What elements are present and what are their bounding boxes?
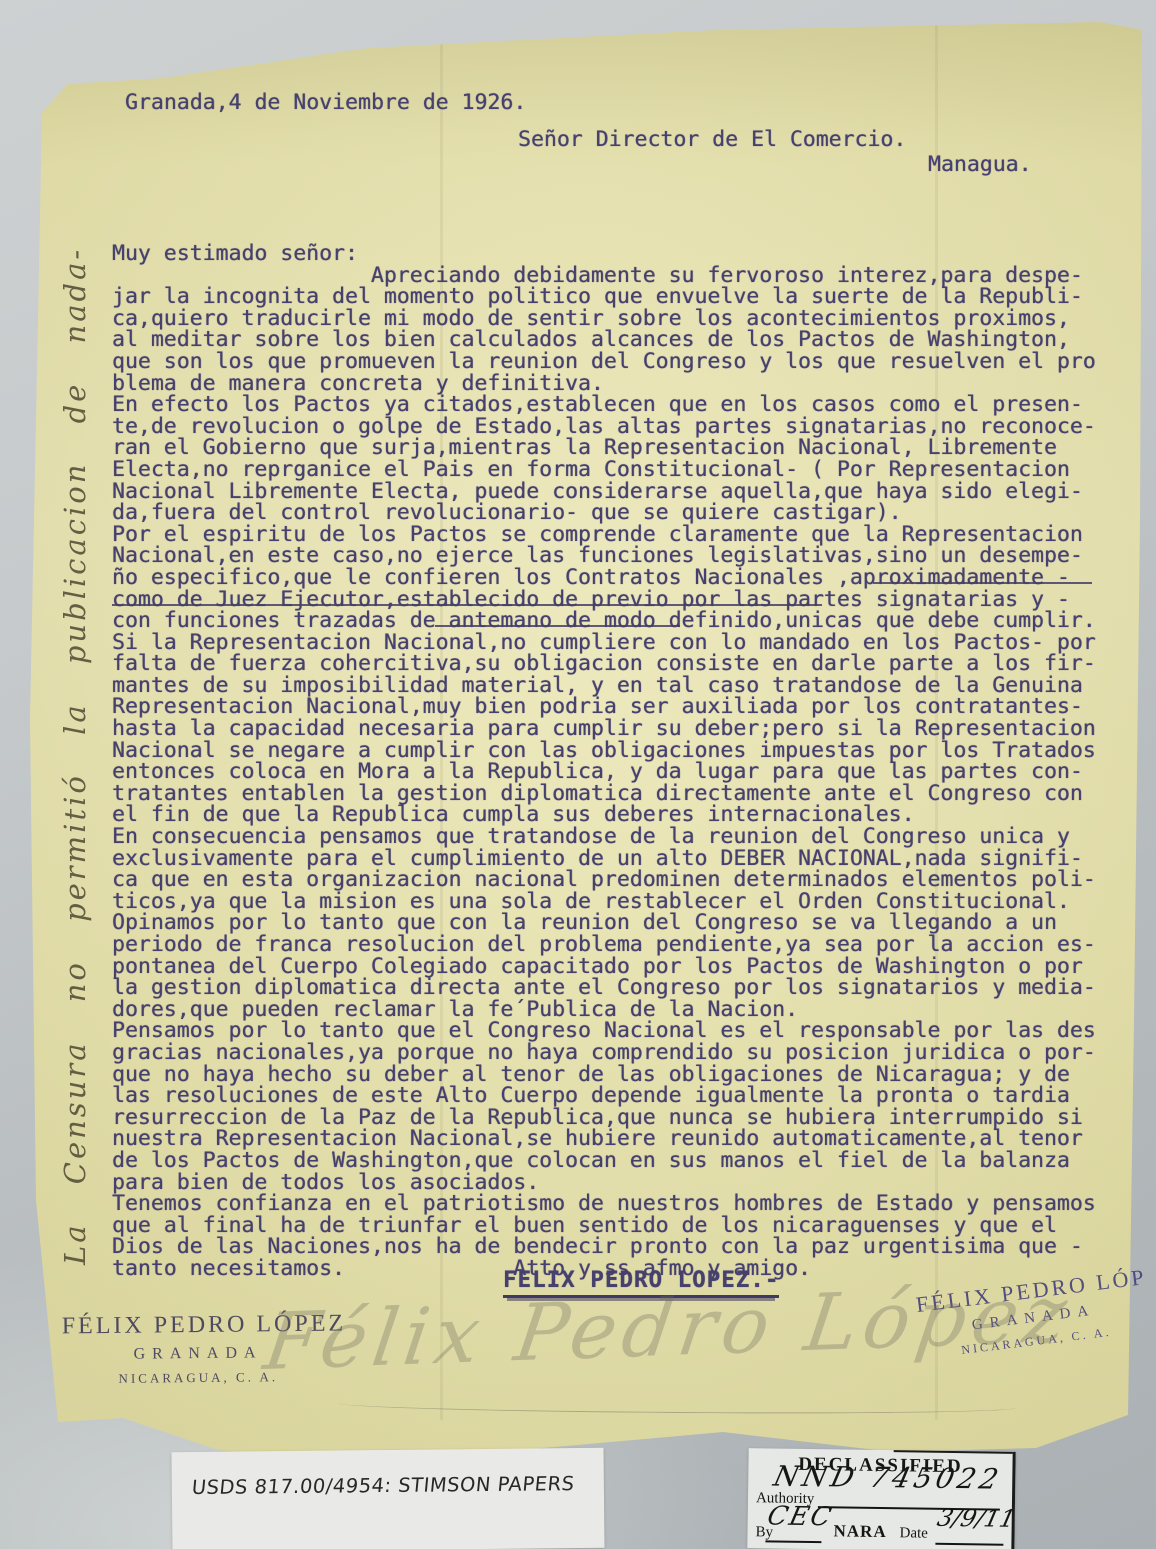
typed-underline	[873, 582, 1092, 584]
date-label: Date	[899, 1525, 928, 1542]
date-value: 3/9/11	[935, 1504, 1019, 1533]
agency-label: NARA	[833, 1521, 886, 1542]
by-underline	[765, 1540, 821, 1543]
archive-reference-label: USDS 817.00/4954: STIMSON PAPERS	[171, 1448, 604, 1549]
archive-reference-text: USDS 817.00/4954: STIMSON PAPERS	[191, 1472, 576, 1499]
photo-background: Granada,4 de Noviembre de 1926. Señor Di…	[0, 0, 1156, 1549]
typed-underline	[435, 625, 680, 627]
date-line: Granada,4 de Noviembre de 1926.	[125, 90, 526, 115]
by-value: CEC	[764, 1501, 836, 1532]
margin-handwritten-note: La Censura no permitió la publicacion de…	[58, 60, 92, 1265]
by-date-row: By CEC NARA Date 3/9/11	[747, 1509, 1011, 1547]
letter-body: Muy estimado señor: Apreciando debidamen…	[112, 243, 1096, 1280]
addressee-city: Managua.	[928, 152, 1032, 177]
typed-underline	[112, 604, 822, 606]
declassified-stamp: DECLASSIFIED Authority NND 745022 By CEC…	[747, 1448, 1015, 1549]
date-underline	[935, 1543, 1003, 1546]
authority-value: NND 745022	[771, 1460, 1006, 1496]
addressee-line: Señor Director de El Comercio.	[518, 127, 906, 152]
